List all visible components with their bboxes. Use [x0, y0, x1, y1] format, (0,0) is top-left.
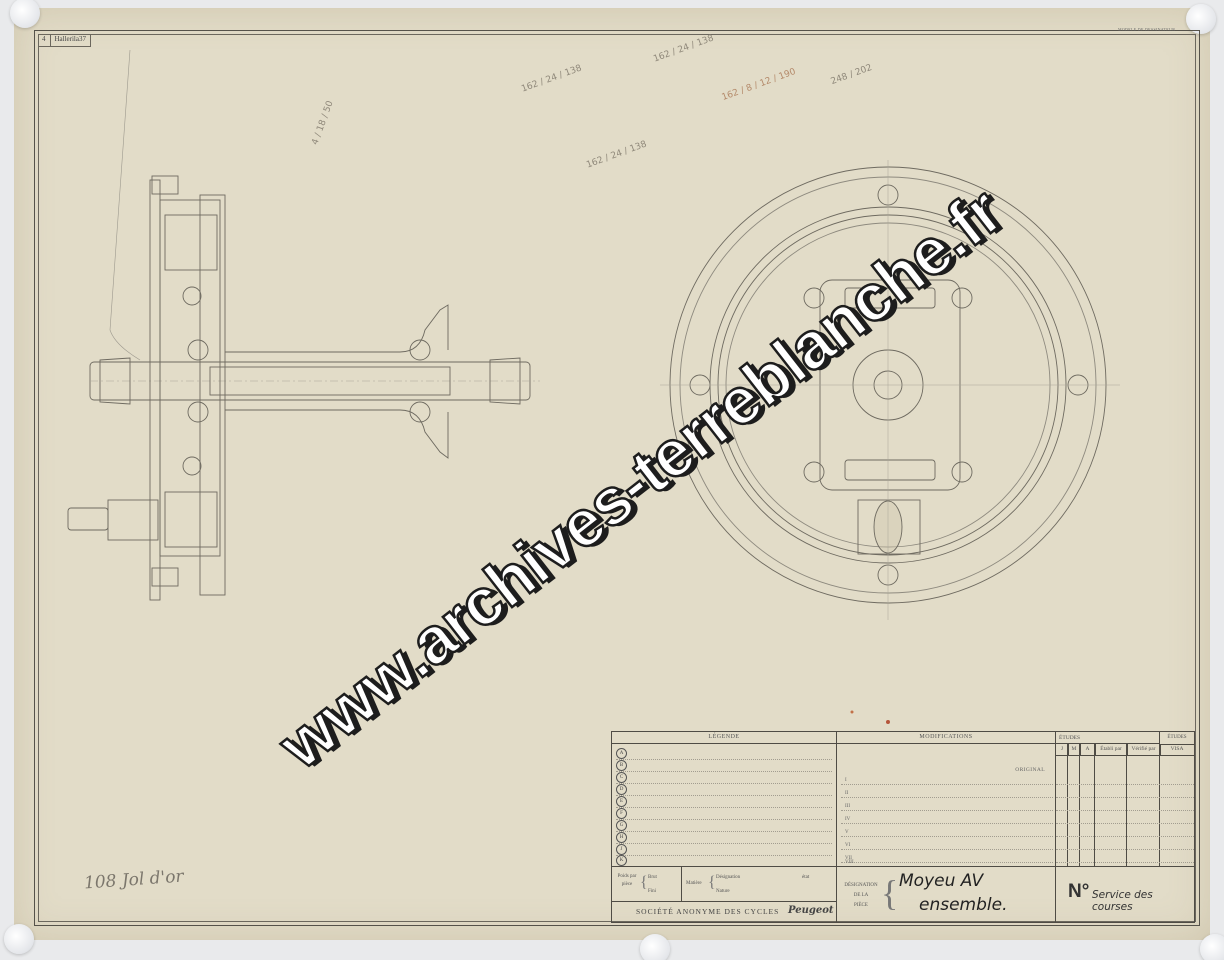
legend-row: G: [616, 819, 832, 832]
legend-row: F: [616, 807, 832, 820]
modifications-header: MODIFICATIONS: [837, 732, 1055, 744]
weight-label: Poids par pièce: [616, 873, 638, 889]
modification-row: VIII: [841, 852, 1053, 866]
number-label: N°: [1068, 881, 1089, 903]
legend-marker-h: H: [616, 832, 627, 843]
legend-row: K: [616, 854, 832, 866]
material-state: état: [802, 875, 809, 880]
legend-marker-f: F: [616, 808, 627, 819]
peugeot-logo: Peugeot: [788, 905, 834, 916]
designation-label-3: PIÈCE: [843, 901, 879, 911]
legend-row: B: [616, 759, 832, 772]
material-designation: Désignation: [716, 875, 740, 880]
company-bar: SOCIÉTÉ ANONYME DES CYCLES Peugeot: [612, 901, 837, 923]
legend-row: E: [616, 795, 832, 808]
etudes-section: ÉTUDES ÉTUDES J M A Établi par Vérifié p…: [1056, 732, 1194, 866]
material-nature: Nature: [716, 889, 730, 894]
legend-marker-b: B: [616, 760, 627, 771]
legend-row: C: [616, 771, 832, 784]
legend-marker-g: G: [616, 820, 627, 831]
legend-row: A: [616, 747, 832, 760]
legend-marker-a: A: [616, 748, 627, 759]
designation-section: DÉSIGNATION DE LA PIÈCE { Moyeu AV ensem…: [837, 867, 1056, 922]
material-label: Matière: [686, 881, 702, 886]
legend-header: LÉGENDE: [612, 732, 836, 744]
legend-marker-c: C: [616, 772, 627, 783]
legend-marker-e: E: [616, 796, 627, 807]
company-name: SOCIÉTÉ ANONYME DES CYCLES: [636, 907, 779, 916]
modifications-section: MODIFICATIONS ORIGINAL I II III IV V VI …: [837, 732, 1056, 866]
designation-value-line2: ensemble.: [919, 895, 1008, 915]
title-block: LÉGENDE A B C D E F G H J K MODIFICATION…: [611, 731, 1195, 923]
etudes-header: ÉTUDES: [1056, 732, 1160, 744]
legend-section: LÉGENDE A B C D E F G H J K: [612, 732, 837, 866]
col-verifie-par: Vérifié par: [1127, 744, 1161, 756]
drawing-number-section: N° Service des courses: [1056, 867, 1194, 922]
weight-finished: Fini: [648, 889, 656, 894]
col-etabli-par: Établi par: [1095, 744, 1128, 756]
designation-label-1: DÉSIGNATION: [843, 881, 879, 891]
designation-value-line1: Moyeu AV: [899, 871, 983, 891]
legend-row: H: [616, 831, 832, 844]
legend-row: D: [616, 783, 832, 796]
designation-label-2: DE LA: [843, 891, 879, 901]
material-section: Matière { Désignation état Nature: [682, 867, 837, 901]
legend-marker-k: K: [616, 855, 627, 866]
weight-section: Poids par pièce { Brut Fini: [612, 867, 682, 901]
weight-gross: Brut: [648, 875, 657, 880]
hub-section-view: [68, 176, 540, 600]
col-visa: VISA: [1160, 744, 1194, 756]
legend-marker-d: D: [616, 784, 627, 795]
number-value: Service des courses: [1092, 889, 1194, 913]
